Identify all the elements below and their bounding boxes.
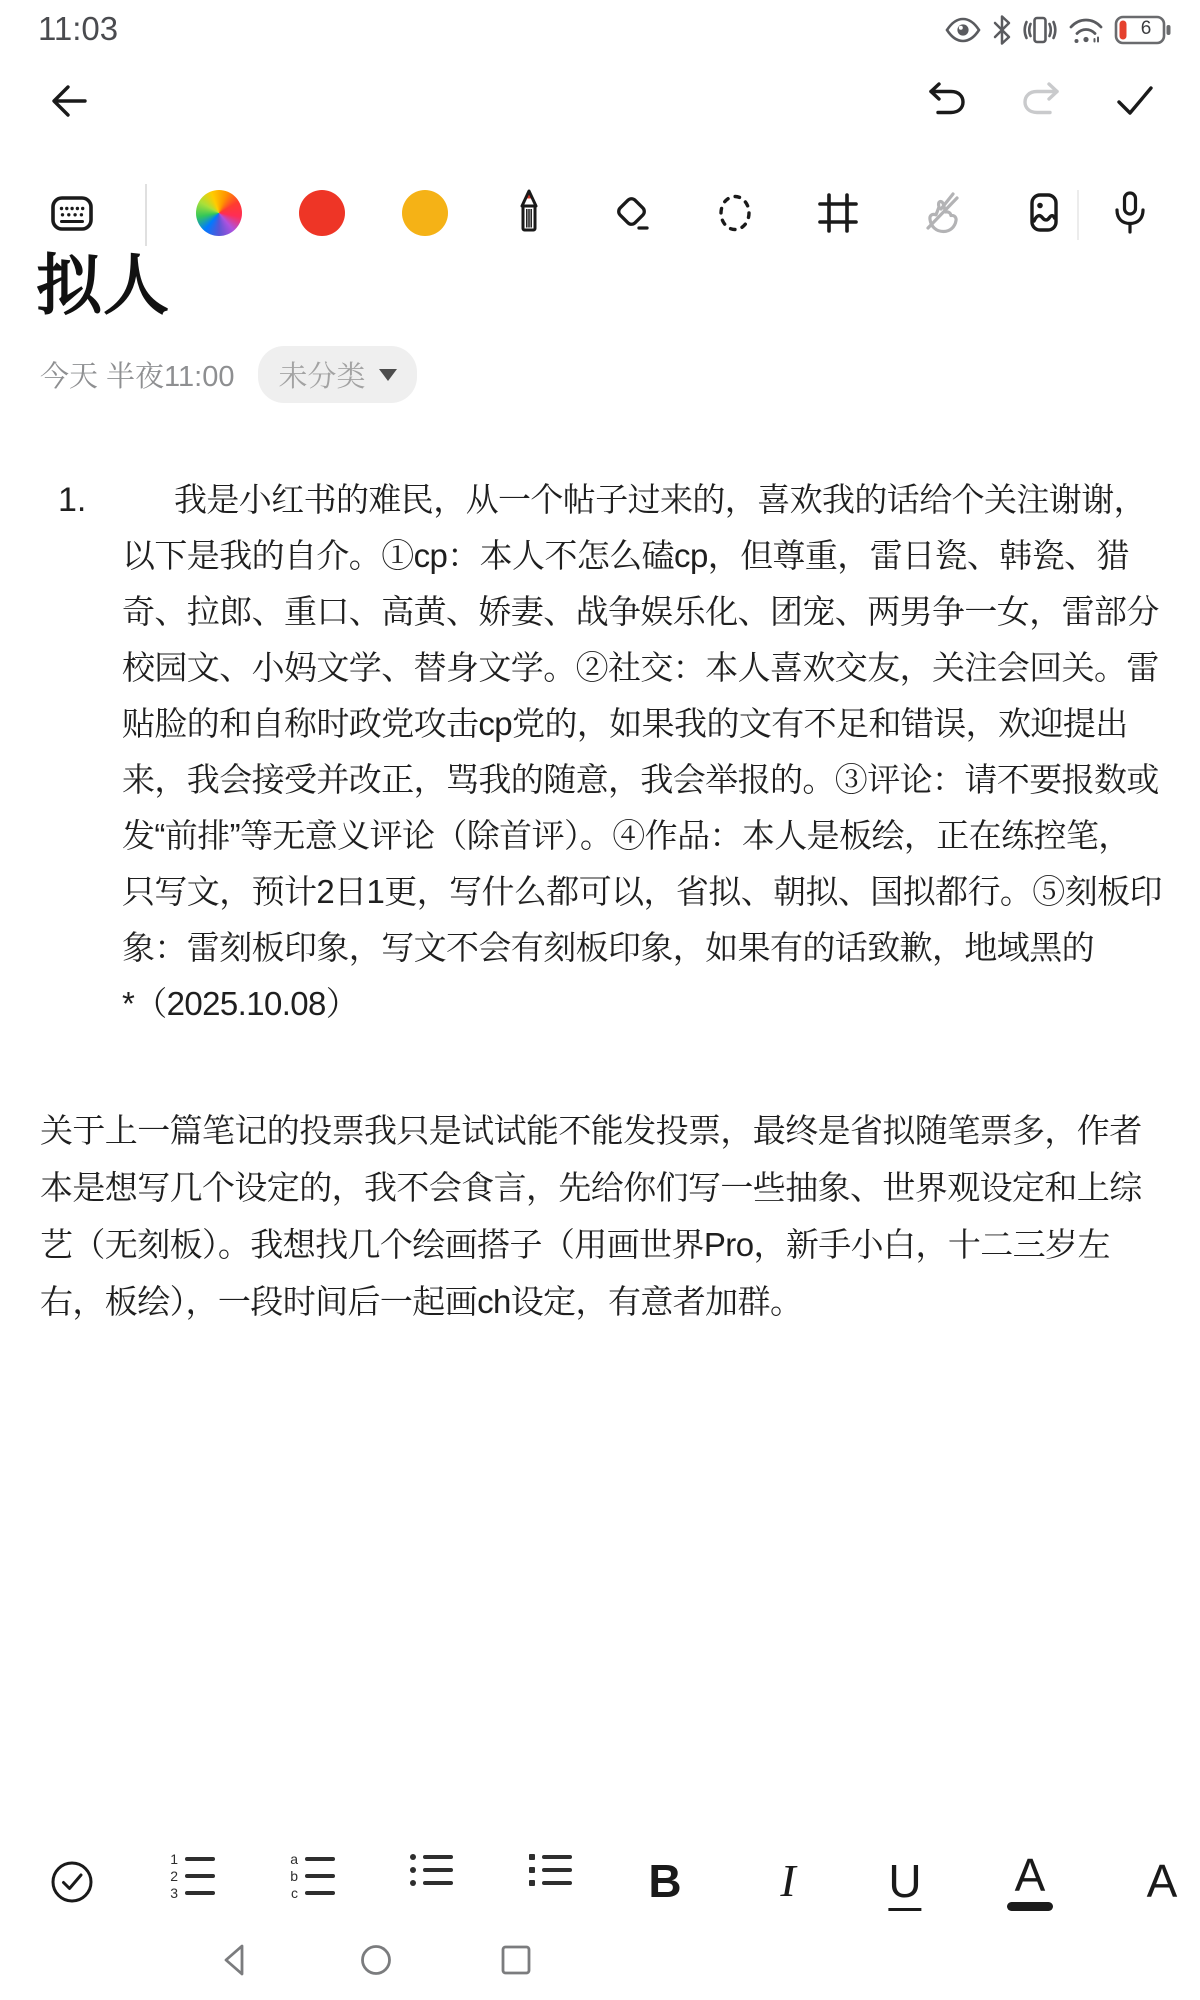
- checklist-button[interactable]: [46, 1856, 98, 1908]
- text-line: 本是想写几个设定的，我不会食言，先给你们写一些抽象、世界观设定和上综: [40, 1159, 1190, 1216]
- undo-button[interactable]: [922, 79, 972, 123]
- text-line: 只写文，预计2日1更，写什么都可以，省拟、朝拟、国拟都行。⑤刻板印: [122, 864, 1182, 920]
- list-line: [305, 1874, 335, 1879]
- list-line: [305, 1857, 335, 1862]
- list-number: 1.: [58, 472, 86, 528]
- text-line: 象：雷刻板印象，写文不会有刻板印象，如果有的话致歉，地域黑的: [122, 920, 1182, 976]
- list-line: [542, 1855, 572, 1860]
- toolbar-divider: [1077, 190, 1079, 240]
- font-color-button[interactable]: A: [1007, 1852, 1053, 1911]
- note-body-list-item[interactable]: 我是小红书的难民，从一个帖子过来的，喜欢我的话给个关注谢谢，以下是我的自介。①c…: [122, 472, 1182, 1032]
- color-wheel-button[interactable]: [196, 190, 242, 236]
- category-selector[interactable]: 未分类: [258, 346, 416, 403]
- list-marker-letter: a: [285, 1854, 298, 1864]
- text-line: 奇、拉郎、重口、高黄、娇妻、战争娱乐化、团宠、两男争一女，雷部分: [122, 584, 1182, 640]
- done-button[interactable]: [1110, 76, 1160, 126]
- note-meta-row: 今天 半夜11:00 未分类: [40, 346, 417, 403]
- insert-image-icon[interactable]: [1018, 187, 1070, 239]
- list-marker-digit: 3: [165, 1888, 178, 1898]
- notes-app-screen: 11:03: [0, 0, 1200, 2000]
- eraser-tool-button[interactable]: [606, 187, 658, 239]
- text-line: 我是小红书的难民，从一个帖子过来的，喜欢我的话给个关注谢谢，: [122, 472, 1182, 528]
- note-title[interactable]: 拟人: [36, 232, 170, 327]
- font-color-label: A: [1015, 1852, 1046, 1898]
- numbered-list-button[interactable]: 1 2 3: [165, 1854, 215, 1898]
- vibrate-icon: [1022, 12, 1058, 48]
- text-line: 校园文、小妈文学、替身文学。②社交：本人喜欢交友，关注会回关。雷: [122, 640, 1182, 696]
- bluetooth-icon: [991, 13, 1013, 47]
- text-line: 右，板绘），一段时间后一起画ch设定，有意者加群。: [40, 1273, 1190, 1330]
- bullet-dot: [410, 1880, 416, 1886]
- list-marker-digit: 1: [165, 1854, 178, 1864]
- status-icons: 6: [944, 12, 1172, 48]
- font-color-underline: [1007, 1902, 1053, 1911]
- pen-toolbar: [0, 178, 1200, 248]
- note-body-paragraph[interactable]: 关于上一篇笔记的投票我只是试试能不能发投票，最终是省拟随笔票多，作者本是想写几个…: [40, 1102, 1190, 1330]
- square-list-button[interactable]: [522, 1854, 572, 1886]
- list-marker-digit: 2: [165, 1871, 178, 1881]
- pencil-tool-button[interactable]: [503, 187, 555, 239]
- list-marker-letter: b: [285, 1871, 298, 1881]
- bullet-list-button[interactable]: [403, 1854, 453, 1886]
- category-label: 未分类: [278, 354, 365, 395]
- battery-icon: 6: [1114, 14, 1172, 46]
- font-size-button[interactable]: A: [1147, 1858, 1178, 1904]
- text-line: 关于上一篇笔记的投票我只是试试能不能发投票，最终是省拟随笔票多，作者: [40, 1102, 1190, 1159]
- list-line: [305, 1891, 335, 1896]
- eye-comfort-icon: [944, 14, 982, 46]
- list-line: [185, 1857, 215, 1862]
- palm-rejection-icon[interactable]: [915, 187, 967, 239]
- nav-home-button[interactable]: [354, 1938, 398, 1982]
- nav-recents-button[interactable]: [494, 1938, 538, 1982]
- battery-level: 6: [1131, 18, 1161, 40]
- underline-button[interactable]: U: [888, 1858, 921, 1904]
- status-time: 11:03: [38, 10, 118, 48]
- list-line: [423, 1868, 453, 1873]
- text-line: 发“前排”等无意义评论（除首评）。④作品：本人是板绘，正在练控笔，: [122, 808, 1182, 864]
- bold-button[interactable]: B: [648, 1858, 681, 1904]
- list-line: [185, 1874, 215, 1879]
- redo-button[interactable]: [1016, 79, 1066, 123]
- nav-back-button[interactable]: [214, 1938, 258, 1982]
- underline-label: U: [888, 1855, 921, 1911]
- text-line: *（2025.10.08）: [122, 976, 1182, 1032]
- list-line: [185, 1891, 215, 1896]
- square-bullet: [529, 1867, 535, 1873]
- list-line: [423, 1855, 453, 1860]
- back-button[interactable]: [40, 74, 94, 128]
- text-line: 来，我会接受并改正，骂我的随意，我会举报的。③评论：请不要报数或: [122, 752, 1182, 808]
- bullet-dot: [410, 1867, 416, 1873]
- square-bullet: [529, 1854, 535, 1860]
- text-line: 贴脸的和自称时政党攻击cp党的，如果我的文有不足和错误，欢迎提出: [122, 696, 1182, 752]
- chevron-down-icon: [379, 369, 397, 381]
- square-bullet: [529, 1880, 535, 1886]
- list-marker-letter: c: [285, 1888, 298, 1898]
- red-color-button[interactable]: [299, 190, 345, 236]
- text-line: 艺（无刻板）。我想找几个绘画搭子（用画世界Pro，新手小白，十二三岁左: [40, 1216, 1190, 1273]
- lettered-list-button[interactable]: a b c: [285, 1854, 335, 1898]
- list-line: [542, 1868, 572, 1873]
- list-line: [423, 1881, 453, 1886]
- microphone-icon[interactable]: [1104, 187, 1156, 239]
- navigation-bar: [0, 1930, 1200, 2000]
- yellow-color-button[interactable]: [402, 190, 448, 236]
- text-line: 以下是我的自介。①cp：本人不怎么磕cp，但尊重，雷日瓷、韩瓷、猎: [122, 528, 1182, 584]
- italic-button[interactable]: I: [780, 1858, 795, 1904]
- list-line: [542, 1881, 572, 1886]
- note-timestamp: 今天 半夜11:00: [40, 354, 234, 395]
- bullet-dot: [410, 1854, 416, 1860]
- top-toolbar-actions: [922, 76, 1160, 126]
- wifi-icon: [1067, 13, 1105, 47]
- lasso-select-icon[interactable]: [709, 187, 761, 239]
- crop-frame-icon[interactable]: [812, 187, 864, 239]
